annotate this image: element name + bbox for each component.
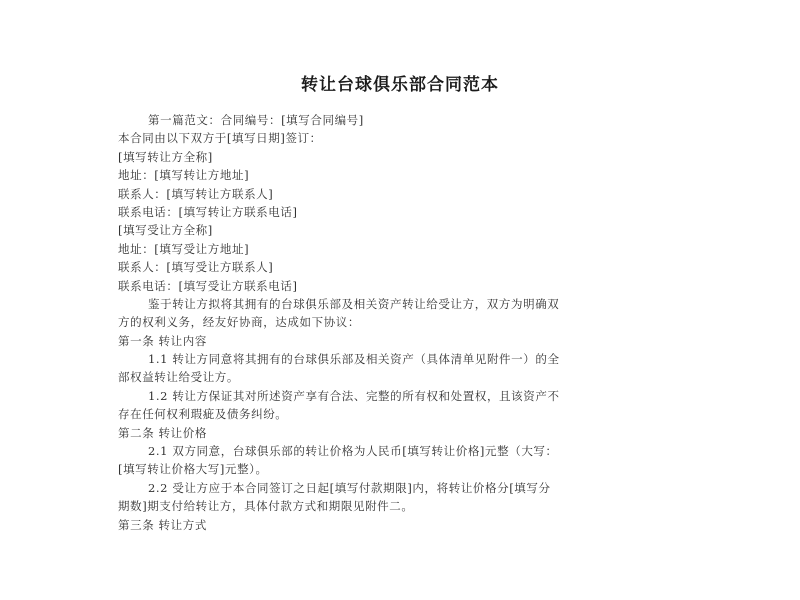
transferor-phone-line: 联系电话：[填写转让方联系电话] — [118, 203, 684, 221]
clause-1-2-line-1: 1.2 转让方保证其对所述资产享有合法、完整的所有权和处置权，且该资产不 — [118, 387, 684, 405]
clause-2-2-line-1: 2.2 受让方应于本合同签订之日起[填写付款期限]内，将转让价格分[填写分 — [118, 479, 684, 497]
clause-1-1-line-2: 部权益转让给受让方。 — [118, 368, 684, 386]
transferor-address-line: 地址：[填写转让方地址] — [118, 166, 684, 184]
transferor-name-line: [填写转让方全称] — [118, 148, 684, 166]
preamble-line-2: 方的权利义务，经友好协商，达成如下协议： — [118, 313, 684, 331]
clause-2-1-line-2: [填写转让价格大写]元整）。 — [118, 460, 684, 478]
article-2-heading: 第二条 转让价格 — [118, 424, 684, 442]
transferee-phone-line: 联系电话：[填写受让方联系电话] — [118, 277, 684, 295]
preamble-line-1: 鉴于转让方拟将其拥有的台球俱乐部及相关资产转让给受让方，双方为明确双 — [118, 295, 684, 313]
transferee-contact-line: 联系人：[填写受让方联系人] — [118, 258, 684, 276]
clause-2-2-line-2: 期数]期支付给转让方，具体付款方式和期限见附件二。 — [118, 497, 684, 515]
article-3-heading: 第三条 转让方式 — [118, 516, 684, 534]
contract-number-line: 第一篇范文：合同编号：[填写合同编号] — [118, 111, 684, 129]
signing-date-line: 本合同由以下双方于[填写日期]签订： — [118, 129, 684, 147]
transferee-address-line: 地址：[填写受让方地址] — [118, 240, 684, 258]
article-1-heading: 第一条 转让内容 — [118, 332, 684, 350]
clause-1-2-line-2: 存在任何权利瑕疵及债务纠纷。 — [118, 405, 684, 423]
clause-1-1-line-1: 1.1 转让方同意将其拥有的台球俱乐部及相关资产（具体清单见附件一）的全 — [118, 350, 684, 368]
clause-2-1-line-1: 2.1 双方同意，台球俱乐部的转让价格为人民币[填写转让价格]元整（大写： — [118, 442, 684, 460]
transferor-contact-line: 联系人：[填写转让方联系人] — [118, 185, 684, 203]
document-body: 第一篇范文：合同编号：[填写合同编号] 本合同由以下双方于[填写日期]签订： [… — [118, 111, 684, 534]
transferee-name-line: [填写受让方全称] — [118, 221, 684, 239]
document-title: 转让台球俱乐部合同范本 — [0, 70, 800, 95]
document-page: 转让台球俱乐部合同范本 第一篇范文：合同编号：[填写合同编号] 本合同由以下双方… — [0, 0, 800, 600]
